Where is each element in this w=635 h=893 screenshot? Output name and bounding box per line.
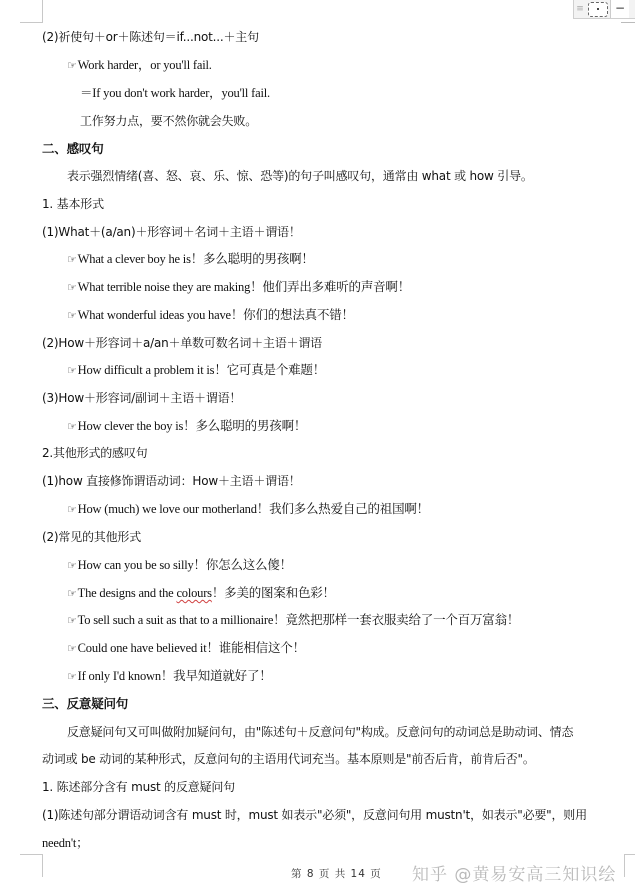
pointing-hand-icon: ☞	[67, 503, 77, 516]
rule-line: (1)how 直接修饰谓语动词：How＋主语＋谓语！	[42, 473, 301, 489]
fit-screen-icon[interactable]	[588, 2, 608, 17]
paragraph-text: 反意疑问句又可叫做附加疑问句，由"陈述句＋反意问句"构成。反意问句的动词总是助动…	[67, 725, 573, 739]
example-line: ☞Work harder，or you'll fail.	[67, 57, 212, 74]
toolbar-divider	[621, 22, 635, 23]
example-line: ☞Could one have believed it！谁能相信这个！	[67, 640, 305, 657]
minimize-icon[interactable]: −	[610, 0, 629, 18]
paragraph-text: 动词或 be 动词的某种形式，反意问句的主语用代词充当。基本原则是"前否后肯，前…	[42, 752, 535, 766]
pointing-hand-icon: ☞	[67, 614, 77, 627]
pointing-hand-icon: ☞	[67, 59, 77, 72]
rule-text: (1)What＋(a/an)＋形容词＋名词＋主语＋谓语！	[42, 225, 301, 239]
example-line: ☞What terrible noise they are making！他们弄…	[67, 279, 410, 296]
translation-line: 工作努力点，要不然你就会失败。	[80, 113, 257, 129]
example-text: What wonderful ideas you have！你们的想法真不错！	[78, 308, 354, 322]
page-corner-mark-top-left	[20, 0, 43, 23]
rule-text: (2)How＋形容词＋a/an＋单数可数名词＋主语＋谓语	[42, 336, 322, 350]
pointing-hand-icon: ☞	[67, 642, 77, 655]
pointing-hand-icon: ☞	[67, 253, 77, 266]
pointing-hand-icon: ☞	[67, 587, 77, 600]
page-indicator: 第 8 页 共 14 页	[291, 866, 382, 881]
example-text: What terrible noise they are making！他们弄出…	[78, 280, 410, 294]
translation-text: 工作努力点，要不然你就会失败。	[80, 114, 257, 128]
example-line: ☞What wonderful ideas you have！你们的想法真不错！	[67, 307, 354, 324]
page-corner-mark-bottom-left	[20, 854, 43, 877]
pointing-hand-icon: ☞	[67, 559, 77, 572]
rule-line: (2)How＋形容词＋a/an＋单数可数名词＋主语＋谓语	[42, 335, 322, 351]
example-text: Could one have believed it！谁能相信这个！	[78, 641, 305, 655]
equivalent-line: ＝If you don't work harder，you'll fail.	[80, 85, 270, 101]
example-line: ☞To sell such a suit as that to a millio…	[67, 612, 519, 629]
watermark: 知乎 @黄易安高三知识绘	[412, 860, 616, 885]
rule-text: (3)How＋形容词/副词＋主语＋谓语！	[42, 391, 241, 405]
example-text-suffix: ！多美的图案和色彩！	[212, 586, 335, 600]
rule-line: (3)How＋形容词/副词＋主语＋谓语！	[42, 390, 241, 406]
example-text: What a clever boy he is！多么聪明的男孩啊！	[78, 252, 314, 266]
example-text: If only I'd known！我早知道就好了！	[78, 669, 272, 683]
equivalent-text: ＝If you don't work harder，you'll fail.	[80, 86, 270, 100]
subheading-text: 1. 陈述部分含有 must 的反意疑问句	[42, 780, 235, 794]
paragraph-text: 表示强烈情绪(喜、怒、哀、乐、惊、恐等)的句子叫感叹句，通常由 what 或 h…	[67, 169, 533, 183]
rule-line: (1)What＋(a/an)＋形容词＋名词＋主语＋谓语！	[42, 224, 301, 240]
example-text: How clever the boy is！多么聪明的男孩啊！	[78, 419, 307, 433]
rule-line: (2)常见的其他形式	[42, 529, 141, 545]
example-text: Work harder，or you'll fail.	[78, 58, 212, 72]
rule-line: (2)祈使句＋or＋陈述句＝if...not...＋主句	[42, 29, 259, 45]
paragraph-line: 反意疑问句又可叫做附加疑问句，由"陈述句＋反意问句"构成。反意问句的动词总是助动…	[67, 724, 573, 740]
page-corner-mark-bottom-right	[624, 854, 635, 877]
pointing-hand-icon: ☞	[67, 420, 77, 433]
rule-line: (1)陈述句部分谓语动词含有 must 时，must 如表示"必须"，反意问句用…	[42, 807, 587, 823]
pointing-hand-icon: ☞	[67, 309, 77, 322]
pointing-hand-icon: ☞	[67, 364, 77, 377]
example-text: How can you be so silly！你怎么这么傻！	[78, 558, 292, 572]
subheading-basic-forms: 1. 基本形式	[42, 196, 104, 212]
example-line: ☞The designs and the colours！多美的图案和色彩！	[67, 585, 335, 602]
section-heading-tag-questions: 三、反意疑问句	[42, 696, 128, 712]
viewer-toolbar: ≡ −	[573, 0, 635, 19]
pointing-hand-icon: ☞	[67, 670, 77, 683]
paragraph-line: 动词或 be 动词的某种形式，反意问句的主语用代词充当。基本原则是"前否后肯，前…	[42, 751, 535, 767]
spellcheck-flagged-word[interactable]: colours	[176, 586, 211, 600]
rule-text: (2)祈使句＋or＋陈述句＝if...not...＋主句	[42, 30, 259, 44]
rule-line-continued: needn't；	[42, 835, 88, 851]
rule-text: needn't；	[42, 836, 88, 850]
example-text: How (much) we love our motherland！我们多么热爱…	[78, 502, 429, 516]
subheading-must: 1. 陈述部分含有 must 的反意疑问句	[42, 779, 235, 795]
subheading-text: 1. 基本形式	[42, 197, 104, 211]
rule-text: (1)陈述句部分谓语动词含有 must 时，must 如表示"必须"，反意问句用…	[42, 808, 587, 822]
example-line: ☞If only I'd known！我早知道就好了！	[67, 668, 272, 685]
subheading-other-forms: 2.其他形式的感叹句	[42, 445, 147, 461]
example-text: The designs and the	[78, 586, 177, 600]
example-line: ☞How can you be so silly！你怎么这么傻！	[67, 557, 292, 574]
rule-text: (1)how 直接修饰谓语动词：How＋主语＋谓语！	[42, 474, 301, 488]
example-line: ☞How clever the boy is！多么聪明的男孩啊！	[67, 418, 306, 435]
example-line: ☞How difficult a problem it is！它可真是个难题！	[67, 362, 325, 379]
example-line: ☞How (much) we love our motherland！我们多么热…	[67, 501, 429, 518]
pointing-hand-icon: ☞	[67, 281, 77, 294]
subheading-text: 2.其他形式的感叹句	[42, 446, 147, 460]
example-text: To sell such a suit as that to a million…	[78, 613, 520, 627]
rule-text: (2)常见的其他形式	[42, 530, 141, 544]
menu-icon[interactable]: ≡	[574, 4, 586, 14]
paragraph-line: 表示强烈情绪(喜、怒、哀、乐、惊、恐等)的句子叫感叹句，通常由 what 或 h…	[67, 168, 533, 184]
example-text: How difficult a problem it is！它可真是个难题！	[78, 363, 325, 377]
example-line: ☞What a clever boy he is！多么聪明的男孩啊！	[67, 251, 314, 268]
section-heading-exclamatory: 二、感叹句	[42, 141, 104, 157]
